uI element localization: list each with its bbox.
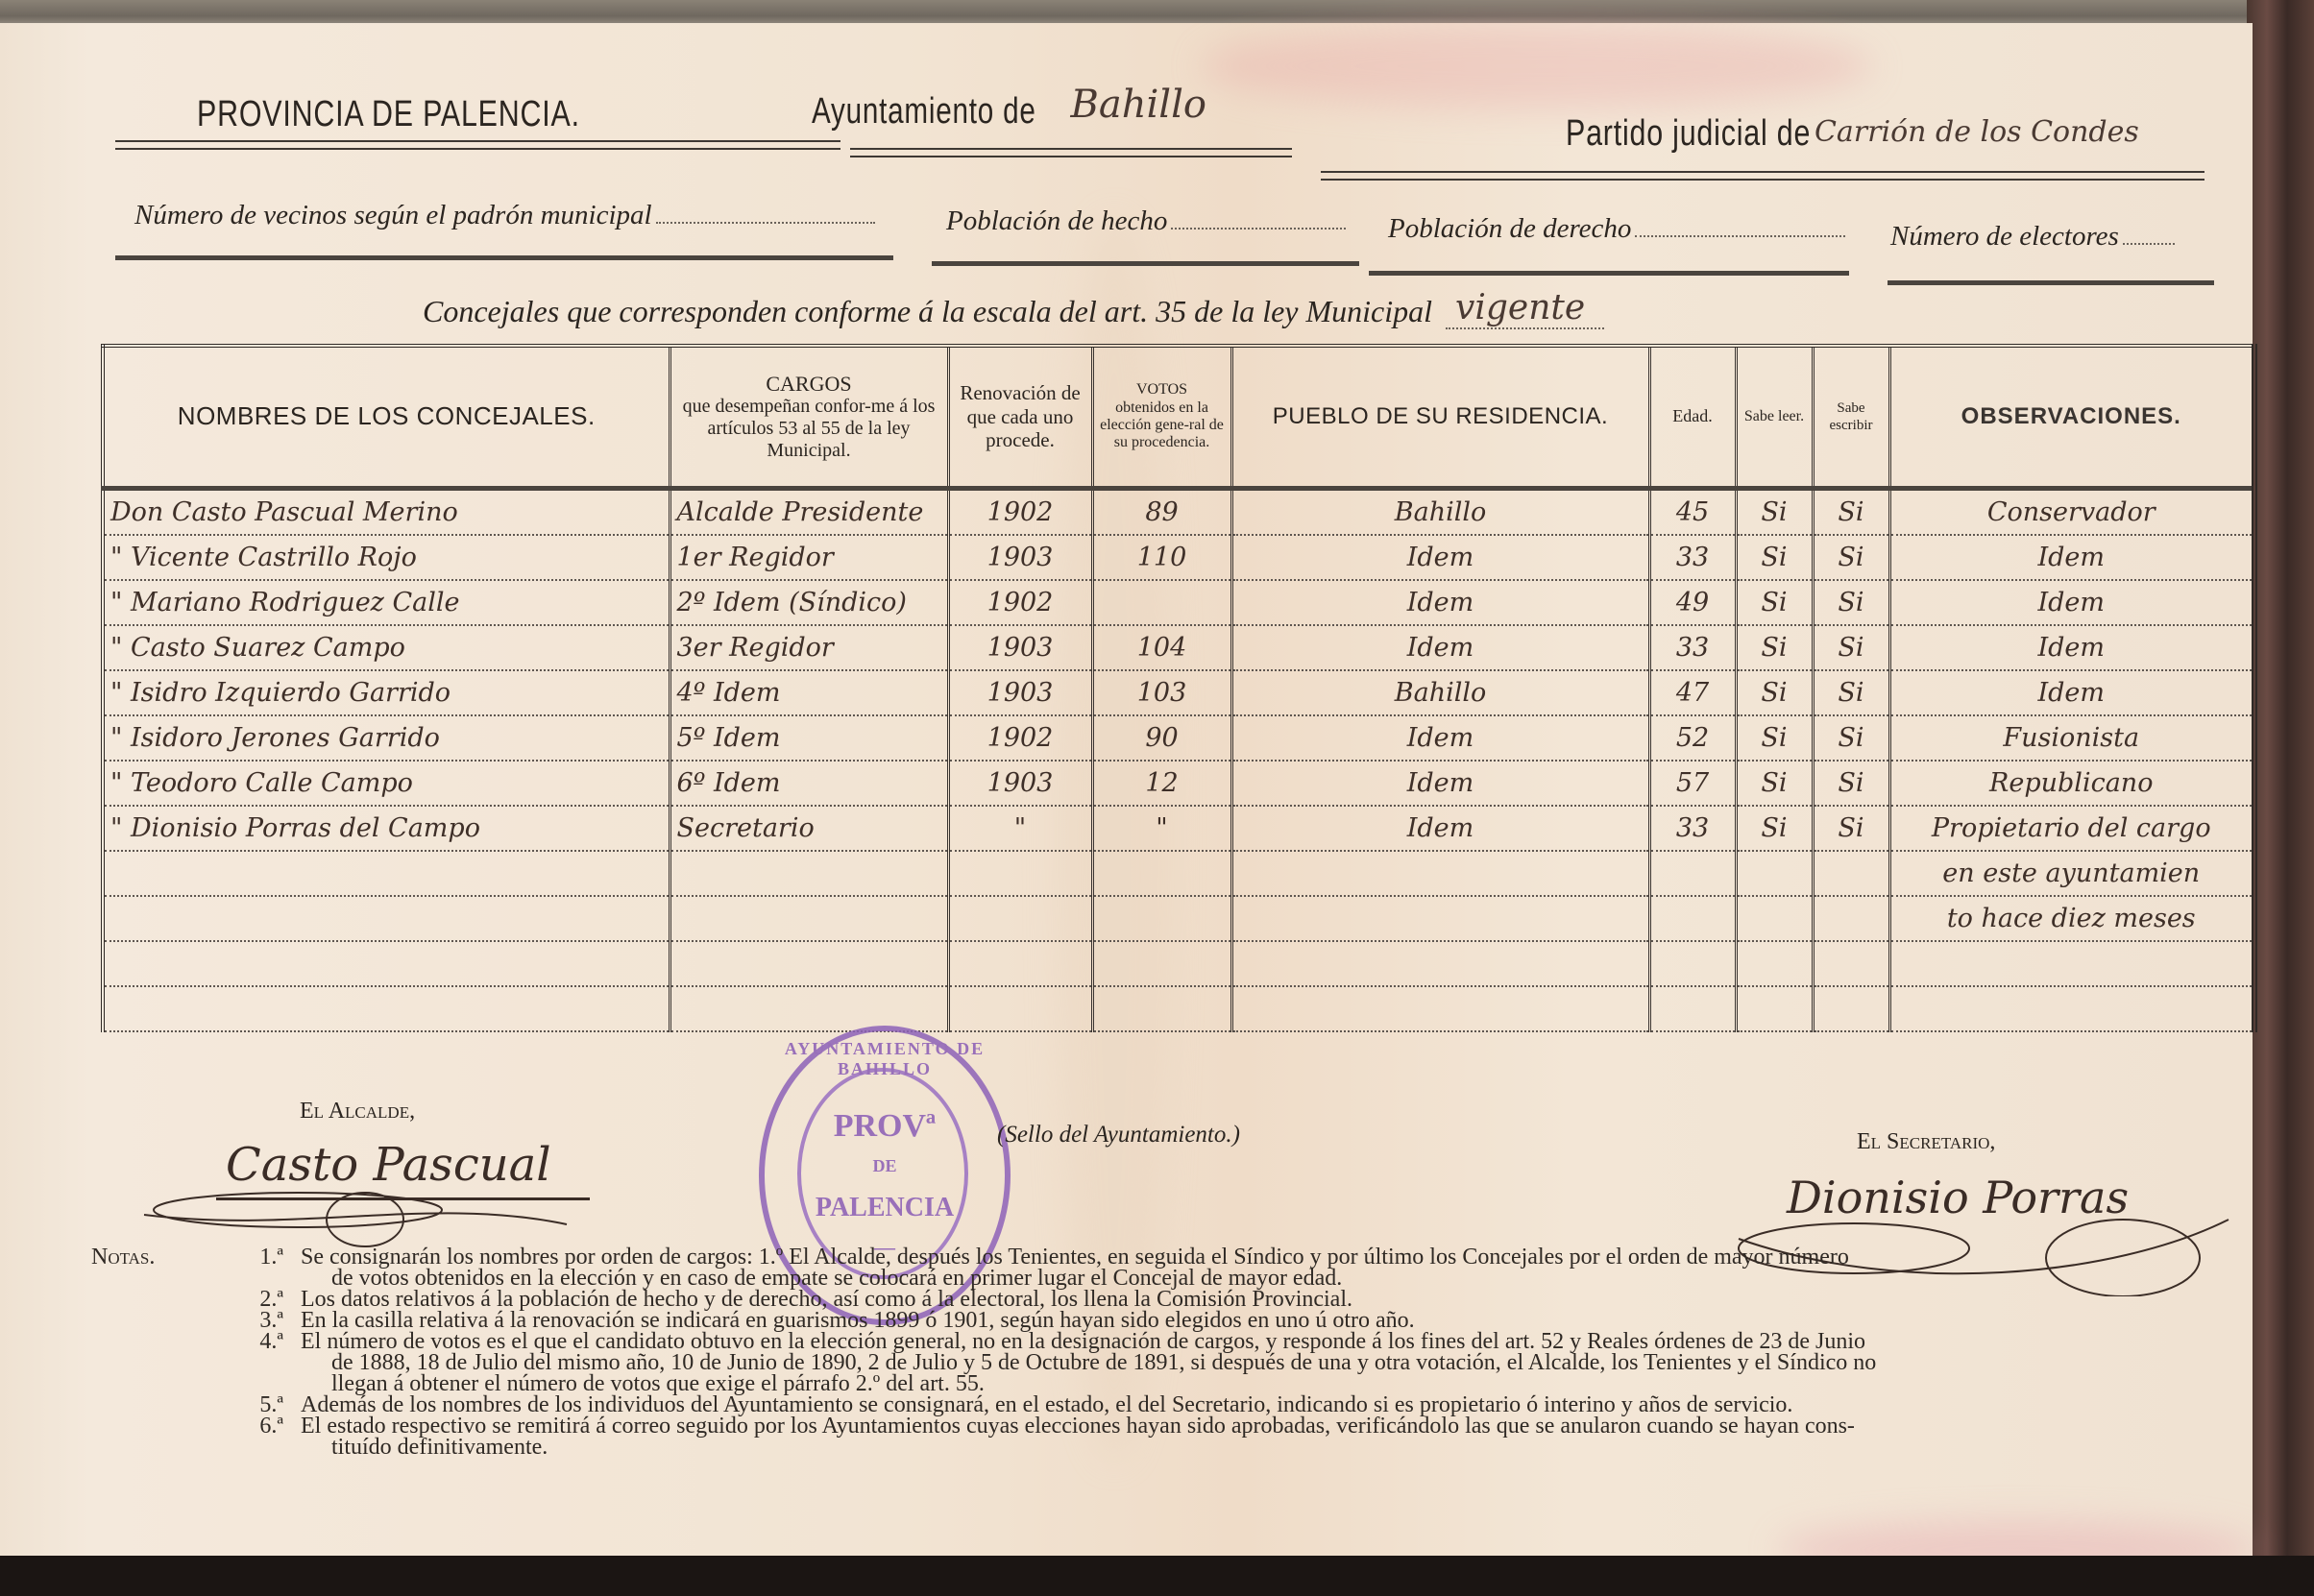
header-cargos: CARGOS que desempeñan confor-me á los ar… [670,346,948,489]
cell-votos[interactable]: 104 [1092,625,1231,670]
electores-value[interactable] [2123,243,2175,245]
cell-edad[interactable]: 33 [1649,625,1736,670]
cell-escribir[interactable]: Si [1813,670,1889,715]
cell-observaciones[interactable]: Conservador [1889,489,2254,536]
cell-observaciones[interactable]: Idem [1889,535,2254,580]
cell-votos[interactable] [1092,896,1231,941]
header-votos-sub: obtenidos en la elección gene-ral de su … [1098,399,1227,452]
cell-escribir[interactable]: Si [1813,625,1889,670]
divider [115,140,840,150]
cell-pueblo[interactable]: Idem [1231,715,1649,761]
cell-cargo[interactable]: 1er Regidor [670,535,948,580]
cell-leer[interactable]: Si [1736,625,1813,670]
cell-nombre[interactable]: " Isidoro Jerones Garrido [103,715,670,761]
table-row: en este ayuntamien [103,851,2254,896]
cell-cargo[interactable] [670,941,948,986]
table-row: " Vicente Castrillo Rojo1er Regidor19031… [103,535,2254,580]
cell-votos[interactable]: 103 [1092,670,1231,715]
poblacion-hecho-label: Población de hecho [946,206,1167,237]
cell-leer[interactable]: Si [1736,761,1813,806]
cell-renovacion[interactable]: 1903 [948,625,1092,670]
cell-cargo[interactable] [670,986,948,1031]
table-row [103,941,2254,986]
sello-label: (Sello del Ayuntamiento.) [997,1122,1240,1149]
header-cargos-title: CARGOS [675,372,943,396]
header-leer: Sabe leer. [1736,346,1813,489]
note-continuation: llegan á obtener el número de votos que … [216,1373,2314,1394]
cell-renovacion[interactable] [948,941,1092,986]
cell-edad[interactable]: 57 [1649,761,1736,806]
note-item: 1.ªSe consignarán los nombres por orden … [216,1246,2314,1268]
note-item: 3.ªEn la casilla relativa á la renovació… [216,1310,2314,1331]
cell-observaciones[interactable] [1889,941,2254,986]
poblacion-derecho-field: Población de derecho [1388,213,1849,245]
vecinos-field: Número de vecinos según el padrón munici… [134,200,879,231]
cell-pueblo[interactable]: Idem [1231,761,1649,806]
note-number: 6.ª [216,1415,301,1437]
cell-renovacion[interactable] [948,896,1092,941]
cell-cargo[interactable]: 6º Idem [670,761,948,806]
cell-nombre[interactable]: " Mariano Rodriguez Calle [103,580,670,625]
divider [850,148,1292,157]
ayuntamiento-value: Bahillo [1071,83,1206,127]
header-escribir-label: Sabe escribir [1830,400,1873,433]
alcalde-label: El Alcalde, [300,1099,415,1124]
note-text: Se consignarán los nombres por orden de … [301,1246,1849,1268]
cell-escribir[interactable] [1813,986,1889,1031]
cell-votos[interactable] [1092,941,1231,986]
subtitle: Concejales que corresponden conforme á l… [423,288,1604,329]
header-escribir: Sabe escribir [1813,346,1889,489]
note-text: Los datos relativos á la población de he… [301,1289,1352,1310]
cell-escribir[interactable]: Si [1813,535,1889,580]
note-number: 2.ª [216,1289,301,1310]
header-nombres: NOMBRES DE LOS CONCEJALES. [103,346,670,489]
divider [1321,171,2204,181]
cell-votos[interactable]: 90 [1092,715,1231,761]
note-number: 4.ª [216,1331,301,1352]
cell-edad[interactable]: 33 [1649,806,1736,851]
cell-renovacion[interactable]: 1902 [948,715,1092,761]
cell-renovacion[interactable]: 1903 [948,535,1092,580]
stamp-line2: DE [765,1156,1005,1176]
cell-pueblo[interactable] [1231,851,1649,896]
cell-nombre[interactable] [103,986,670,1031]
cell-pueblo[interactable] [1231,896,1649,941]
cell-edad[interactable]: 45 [1649,489,1736,536]
header-leer-label: Sabe leer. [1744,408,1804,424]
cell-observaciones[interactable]: Propietario del cargo [1889,806,2254,851]
cell-renovacion[interactable]: 1903 [948,761,1092,806]
cell-observaciones[interactable] [1889,986,2254,1031]
poblacion-derecho-label: Población de derecho [1388,213,1631,245]
note-text: El número de votos es el que el candidat… [301,1331,1865,1352]
cell-votos[interactable]: " [1092,806,1231,851]
cell-cargo[interactable]: Secretario [670,806,948,851]
cell-leer[interactable] [1736,941,1813,986]
cell-edad[interactable]: 49 [1649,580,1736,625]
cell-observaciones[interactable]: to hace diez meses [1889,896,2254,941]
header-pueblo-label: PUEBLO DE SU RESIDENCIA. [1273,403,1608,429]
cell-nombre[interactable]: " Vicente Castrillo Rojo [103,535,670,580]
cell-votos[interactable] [1092,580,1231,625]
cell-leer[interactable]: Si [1736,535,1813,580]
note-item: 4.ªEl número de votos es el que el candi… [216,1331,2314,1352]
cell-pueblo[interactable] [1231,941,1649,986]
table-row [103,986,2254,1031]
cell-edad[interactable] [1649,896,1736,941]
header-nombres-label: NOMBRES DE LOS CONCEJALES. [178,401,596,430]
cell-edad[interactable]: 52 [1649,715,1736,761]
cell-edad[interactable]: 47 [1649,670,1736,715]
secretario-label: El Secretario, [1857,1129,1995,1155]
cell-pueblo[interactable]: Idem [1231,806,1649,851]
table-row: " Casto Suarez Campo3er Regidor1903104Id… [103,625,2254,670]
cell-nombre[interactable]: " Teodoro Calle Campo [103,761,670,806]
cell-pueblo[interactable]: Bahillo [1231,489,1649,536]
table-row: " Isidro Izquierdo Garrido4º Idem1903103… [103,670,2254,715]
note-number: 3.ª [216,1310,301,1331]
cell-leer[interactable] [1736,851,1813,896]
cell-escribir[interactable] [1813,896,1889,941]
cell-cargo[interactable] [670,896,948,941]
note-continuation: de votos obtenidos en la elección y en c… [216,1268,2314,1289]
note-item: 5.ªAdemás de los nombres de los individu… [216,1394,2314,1415]
cell-votos[interactable] [1092,851,1231,896]
province-title: PROVINCIA DE PALENCIA. [197,94,580,135]
header-edad-label: Edad. [1672,406,1712,425]
divider [1369,271,1849,276]
cell-nombre[interactable]: " Casto Suarez Campo [103,625,670,670]
cell-nombre[interactable]: " Dionisio Porras del Campo [103,806,670,851]
notes-label: Notas. [91,1246,155,1268]
vecinos-label: Número de vecinos según el padrón munici… [134,200,652,231]
cell-escribir[interactable]: Si [1813,806,1889,851]
note-continuation: tituído definitivamente. [216,1437,2314,1458]
note-number: 5.ª [216,1394,301,1415]
note-item: 2.ªLos datos relativos á la población de… [216,1289,2314,1310]
cell-nombre[interactable]: Don Casto Pascual Merino [103,489,670,536]
stamp-outer-text: AYUNTAMIENTO DE BAHILLO [765,1039,1005,1079]
partido-label: Partido judicial de [1566,113,1811,155]
note-continuation: de 1888, 18 de Julio del mismo año, 10 d… [216,1352,2314,1373]
cell-renovacion[interactable]: " [948,806,1092,851]
table-header-row: NOMBRES DE LOS CONCEJALES. CARGOS que de… [103,346,2254,489]
cell-edad[interactable] [1649,851,1736,896]
cell-observaciones[interactable]: Idem [1889,580,2254,625]
vecinos-value[interactable] [656,222,875,224]
cell-escribir[interactable] [1813,851,1889,896]
stamp-line3: PALENCIA [765,1193,1005,1223]
cell-edad[interactable] [1649,986,1736,1031]
book-bottom-edge [0,1556,2314,1596]
partido-value: Carrión de los Condes [1815,115,2139,149]
cell-cargo[interactable] [670,851,948,896]
cell-leer[interactable]: Si [1736,806,1813,851]
cell-leer[interactable] [1736,986,1813,1031]
table-row: " Dionisio Porras del CampoSecretario""I… [103,806,2254,851]
table-row: Don Casto Pascual MerinoAlcalde Presiden… [103,489,2254,536]
note-text: Además de los nombres de los individuos … [301,1394,1792,1415]
header-observaciones: OBSERVACIONES. [1889,346,2254,489]
subtitle-value: vigente [1446,288,1604,329]
cell-edad[interactable]: 33 [1649,535,1736,580]
cell-edad[interactable] [1649,941,1736,986]
cell-observaciones[interactable]: Idem [1889,670,2254,715]
cell-votos[interactable]: 110 [1092,535,1231,580]
electores-label: Número de electores [1890,221,2119,253]
header-renovacion-label: Renovación de que cada uno procede. [960,381,1080,451]
cell-nombre[interactable] [103,941,670,986]
divider [115,255,893,260]
cell-observaciones[interactable]: Fusionista [1889,715,2254,761]
divider [932,261,1359,266]
table-row: " Isidoro Jerones Garrido5º Idem190290Id… [103,715,2254,761]
cell-renovacion[interactable]: 1903 [948,670,1092,715]
subtitle-text: Concejales que corresponden conforme á l… [423,294,1432,329]
cell-leer[interactable] [1736,896,1813,941]
electores-field: Número de electores [1890,221,2179,253]
cell-leer[interactable]: Si [1736,489,1813,536]
poblacion-derecho-value[interactable] [1635,235,1845,237]
cell-leer[interactable]: Si [1736,715,1813,761]
divider [1888,280,2214,285]
poblacion-hecho-value[interactable] [1171,228,1346,230]
cell-votos[interactable]: 12 [1092,761,1231,806]
cell-escribir[interactable]: Si [1813,580,1889,625]
cell-renovacion[interactable]: 1902 [948,489,1092,536]
cell-nombre[interactable]: " Isidro Izquierdo Garrido [103,670,670,715]
cell-escribir[interactable]: Si [1813,715,1889,761]
note-text: El estado respectivo se remitirá á corre… [301,1415,1855,1437]
cell-pueblo[interactable]: Idem [1231,625,1649,670]
cell-escribir[interactable]: Si [1813,761,1889,806]
header-votos-title: VOTOS [1098,381,1227,399]
header-edad: Edad. [1649,346,1736,489]
cell-cargo[interactable]: Alcalde Presidente [670,489,948,536]
table-row: " Teodoro Calle Campo6º Idem190312Idem57… [103,761,2254,806]
cell-leer[interactable]: Si [1736,670,1813,715]
cell-renovacion[interactable] [948,851,1092,896]
table-row: to hace diez meses [103,896,2254,941]
alcalde-flourish-icon [125,1176,576,1253]
poblacion-hecho-field: Población de hecho [946,206,1350,237]
cell-renovacion[interactable]: 1902 [948,580,1092,625]
cell-observaciones[interactable]: en este ayuntamien [1889,851,2254,896]
header-renovacion: Renovación de que cada uno procede. [948,346,1092,489]
concejales-table: NOMBRES DE LOS CONCEJALES. CARGOS que de… [101,344,2257,1032]
header-observaciones-label: OBSERVACIONES. [1961,403,2181,429]
cell-cargo[interactable]: 4º Idem [670,670,948,715]
cell-pueblo[interactable]: Idem [1231,580,1649,625]
cell-observaciones[interactable]: Idem [1889,625,2254,670]
cell-pueblo[interactable] [1231,986,1649,1031]
note-text: En la casilla relativa á la renovación s… [301,1310,1415,1331]
ayuntamiento-label: Ayuntamiento de [812,91,1036,133]
stamp-line1: PROVª [765,1108,1005,1145]
cell-votos[interactable]: 89 [1092,489,1231,536]
cell-cargo[interactable]: 5º Idem [670,715,948,761]
cell-leer[interactable]: Si [1736,580,1813,625]
cell-pueblo[interactable]: Idem [1231,535,1649,580]
cell-votos[interactable] [1092,986,1231,1031]
cell-cargo[interactable]: 2º Idem (Síndico) [670,580,948,625]
ayuntamiento-field: Ayuntamiento de Bahillo [812,88,1364,133]
cell-nombre[interactable] [103,851,670,896]
header-pueblo: PUEBLO DE SU RESIDENCIA. [1231,346,1649,489]
cell-pueblo[interactable]: Bahillo [1231,670,1649,715]
cell-cargo[interactable]: 3er Regidor [670,625,948,670]
cell-nombre[interactable] [103,896,670,941]
header-cargos-sub: que desempeñan confor-me á los artículos… [675,396,943,462]
table-row: " Mariano Rodriguez Calle2º Idem (Síndic… [103,580,2254,625]
cell-observaciones[interactable]: Republicano [1889,761,2254,806]
cell-renovacion[interactable] [948,986,1092,1031]
note-item: 6.ªEl estado respectivo se remitirá á co… [216,1415,2314,1437]
cell-escribir[interactable]: Si [1813,489,1889,536]
note-number: 1.ª [216,1246,301,1268]
header-votos: VOTOS obtenidos en la elección gene-ral … [1092,346,1231,489]
partido-field: Partido judicial de Carrión de los Conde… [1566,113,2139,155]
cell-escribir[interactable] [1813,941,1889,986]
